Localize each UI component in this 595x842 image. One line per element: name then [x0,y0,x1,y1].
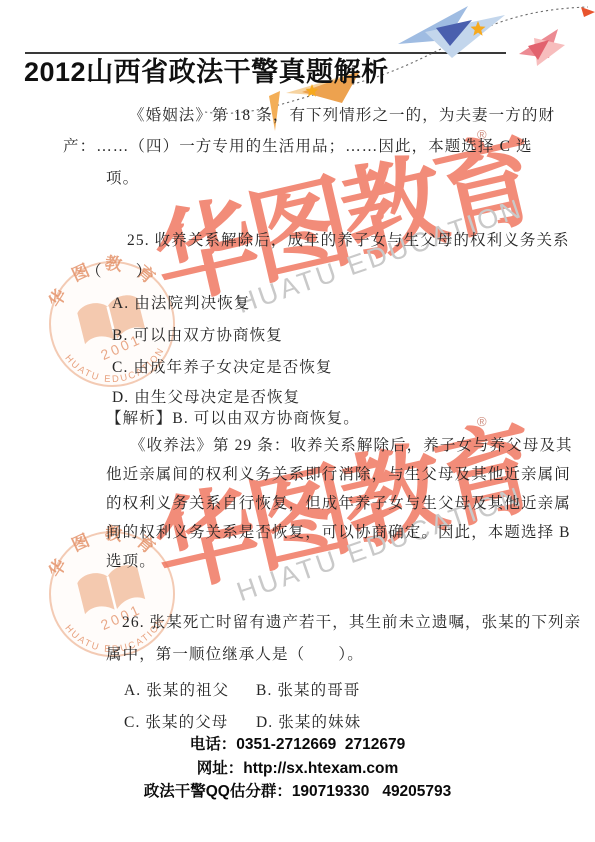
question-25-option-d: D. 由生父母决定是否恢复 [112,385,300,407]
page-title: 2012山西省政法干警真题解析 [24,50,389,89]
footer-qq-group: 政法干警QQ估分群：190719330 49205793 [0,780,595,804]
footer-website: 网址：http://sx.htexam.com [0,757,595,781]
question-26-option-a: A. 张某的祖父 [124,678,229,700]
question-25-analysis: 【解析】B. 可以由双方协商恢复。 [106,406,360,428]
question-25-stem: 25. 收养关系解除后，成年的养子女与生父母的权利义务关系 [127,228,570,250]
question-26-option-c: C. 张某的父母 [124,710,228,732]
explanation-line: 选项。 [106,549,156,571]
explanation-line: 的权利义务关系自行恢复，但成年养子女与生父母及其他近亲属 [106,491,571,513]
explanation-line: 他近亲属间的权利义务关系即行消除，与生父母及其他近亲属间 [106,462,571,484]
paragraph-line: 项。 [106,166,139,188]
question-26-stem: 属中，第一顺位继承人是（ ）。 [106,642,364,664]
paragraph-line: 产：……（四）一方专用的生活用品；……因此，本题选择 C 选 [63,134,533,156]
question-25-option-c: C. 由成年养子女决定是否恢复 [112,355,333,377]
footer-phone: 电话：0351-2712669 2712679 [0,733,595,757]
question-26-option-b: B. 张某的哥哥 [256,678,360,700]
question-25-stem: （ ） [86,259,152,281]
explanation-line: 《收养法》第 29 条：收养关系解除后，养子女与养父母及其 [130,433,573,455]
question-26-option-d: D. 张某的妹妹 [256,710,361,732]
question-25-option-b: B. 可以由双方协商恢复 [112,323,283,345]
paper-plane-blue-icon [398,6,505,58]
document-page: 华图教育 HUATU EDUCATION 2001 华图教育 HUATU EDU… [0,0,595,842]
star-icon [471,21,486,36]
corner-flag-icon [581,7,595,17]
explanation-line: 间的权利义务关系是否恢复，可以协商确定。因此，本题选择 B [106,520,571,542]
paragraph-line: 《婚姻法》第 18 条，有下列情形之一的，为夫妻一方的财 [129,103,555,125]
page-footer: 电话：0351-2712669 2712679 网址：http://sx.hte… [0,733,595,804]
paper-plane-pink-icon [519,29,565,66]
question-26-stem: 26. 张某死亡时留有遗产若干，其生前未立遗嘱，张某的下列亲 [122,610,581,632]
registered-mark: ® [477,414,487,429]
question-25-option-a: A. 由法院判决恢复 [112,291,250,313]
